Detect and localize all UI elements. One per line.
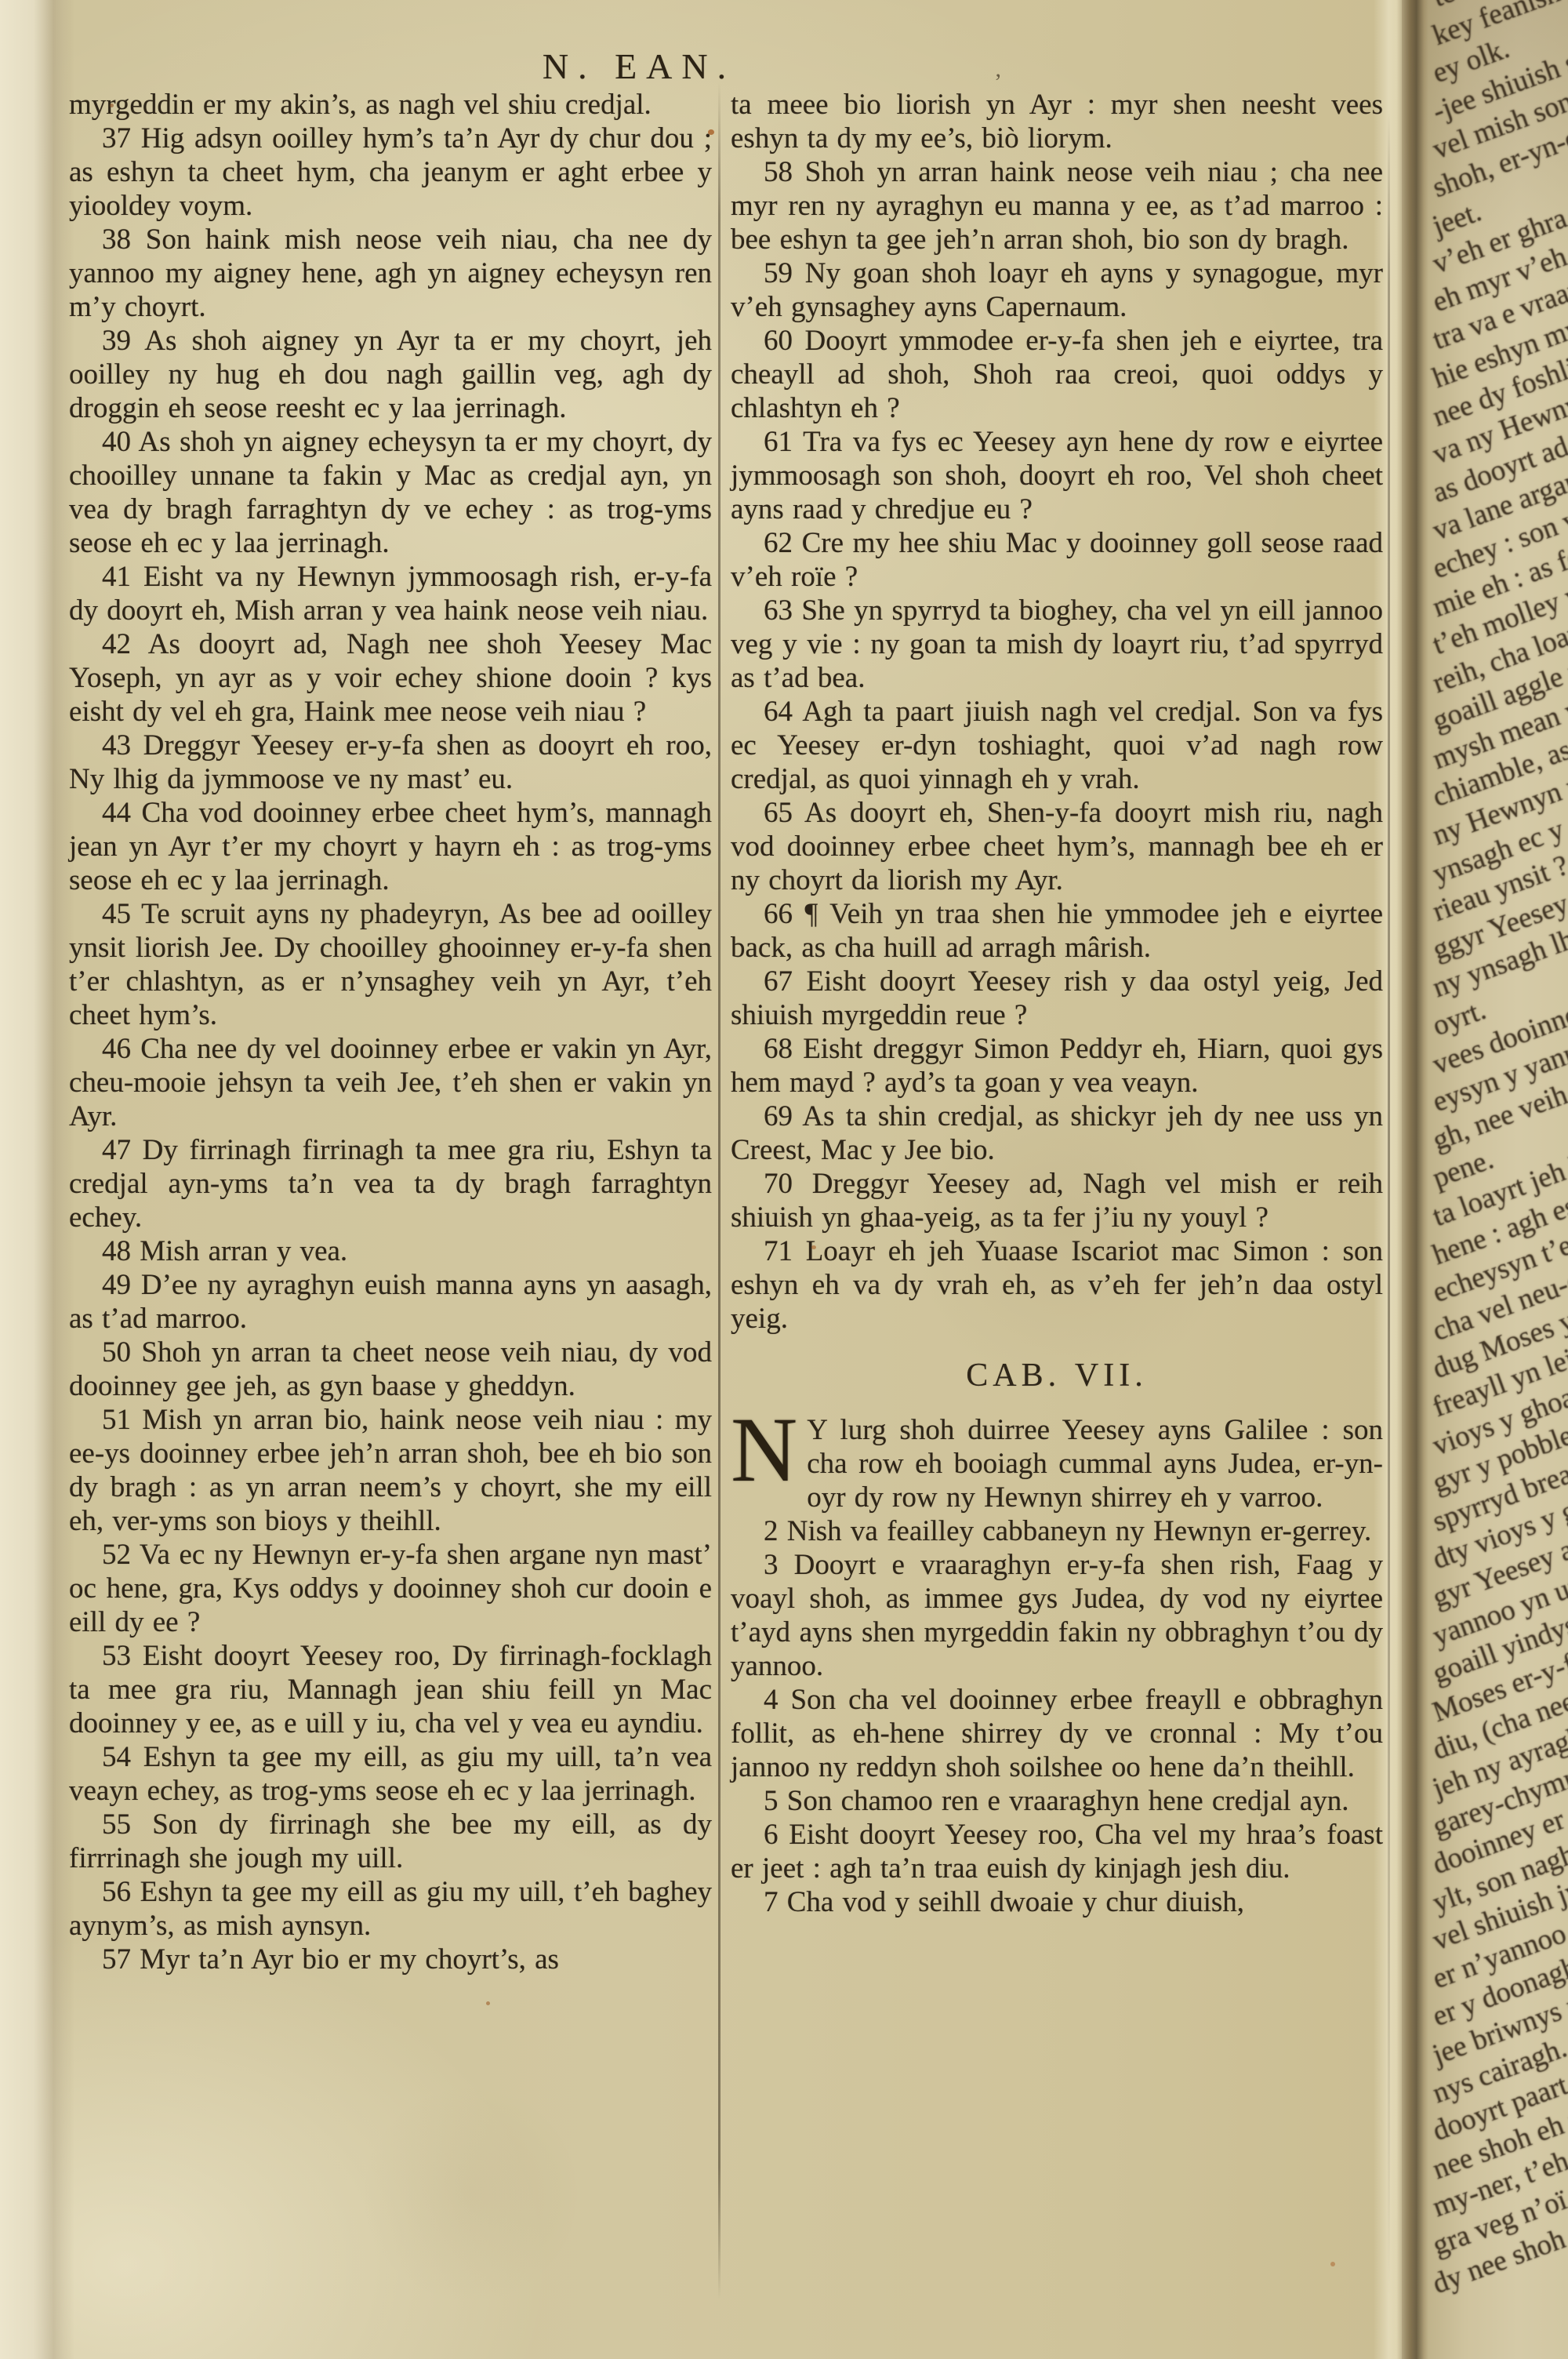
- verse-paragraph: 40 As shoh yn aigney echeysyn ta er my c…: [69, 425, 712, 560]
- left-column-verses: 37 Hig adsyn ooilley hym’s ta’n Ayr dy c…: [69, 122, 712, 1976]
- verse-paragraph: 6 Eisht dooyrt Yeesey roo, Cha vel my hr…: [731, 1818, 1383, 1885]
- verse-paragraph: 45 Te scruit ayns ny phadeyryn, As bee a…: [69, 897, 712, 1032]
- verse-paragraph: 39 As shoh aigney yn Ayr ta er my choyrt…: [69, 324, 712, 425]
- verse-continuation: myrgeddin er my akin’s, as nagh vel shiu…: [69, 88, 712, 122]
- verse-paragraph: 55 Son dy firrinagh she bee my eill, as …: [69, 1808, 712, 1875]
- right-column-verses-ch7: 2 Nish va feailley cabbaneyn ny Hewnyn e…: [731, 1514, 1383, 1919]
- verse-paragraph: 37 Hig adsyn ooilley hym’s ta’n Ayr dy c…: [69, 122, 712, 223]
- verse-paragraph: 65 As dooyrt eh, Shen-y-fa dooyrt mish r…: [731, 796, 1383, 897]
- running-head: N. EAN.: [0, 45, 1278, 87]
- right-text-column: ta meee bio liorish yn Ayr : myr shen ne…: [731, 88, 1383, 1919]
- verse-paragraph: 68 Eisht dreggyr Simon Peddyr eh, Hiarn,…: [731, 1032, 1383, 1100]
- column-divider-rule: [718, 82, 720, 2299]
- verse-paragraph: 46 Cha nee dy vel dooinney erbee er vaki…: [69, 1032, 712, 1133]
- verse-paragraph: 52 Va ec ny Hewnyn er-y-fa shen argane n…: [69, 1538, 712, 1639]
- verse-paragraph: 42 As dooyrt ad, Nagh nee shoh Yeesey Ma…: [69, 627, 712, 729]
- foxing-speck: [1330, 2262, 1335, 2266]
- verse-paragraph: 61 Tra va fys ec Yeesey ayn hene dy row …: [731, 425, 1383, 526]
- verse-paragraph: 69 As ta shin credjal, as shickyr jeh dy…: [731, 1100, 1383, 1167]
- verse-paragraph: 64 Agh ta paart jiuish nagh vel credjal.…: [731, 695, 1383, 796]
- drop-cap-initial: N: [731, 1413, 807, 1482]
- verse-paragraph: 44 Cha vod dooinney erbee cheet hym’s, m…: [69, 796, 712, 897]
- verse-paragraph: 41 Eisht va ny Hewnyn jymmoosagh rish, e…: [69, 560, 712, 627]
- verse-paragraph: 71 Loayr eh jeh Yuaase Iscariot mac Simo…: [731, 1234, 1383, 1336]
- verse-paragraph: 70 Dreggyr Yeesey ad, Nagh vel mish er r…: [731, 1167, 1383, 1234]
- verse-paragraph: 51 Mish yn arran bio, haink neose veih n…: [69, 1403, 712, 1538]
- verse-paragraph: 5 Son chamoo ren e vraaraghyn hene credj…: [731, 1784, 1383, 1818]
- chapter-heading: CAB. VII.: [731, 1336, 1383, 1413]
- verse-paragraph: 59 Ny goan shoh loayr eh ayns y synagogu…: [731, 256, 1383, 324]
- book-page-scan: te cur dwkey feanish jeey olk.-jee shiui…: [0, 0, 1568, 2359]
- foxing-speck: [486, 2001, 490, 2005]
- verse-paragraph: 50 Shoh yn arran ta cheet neose veih nia…: [69, 1336, 712, 1403]
- verse-paragraph: 53 Eisht dooyrt Yeesey roo, Dy firrinagh…: [69, 1639, 712, 1740]
- verse-paragraph: 58 Shoh yn arran haink neose veih niau ;…: [731, 155, 1383, 256]
- adjacent-page-text: te cur dwkey feanish jeey olk.-jee shiui…: [1410, 0, 1568, 2359]
- verse-paragraph: 43 Dreggyr Yeesey er-y-fa shen as dooyrt…: [69, 729, 712, 796]
- right-margin-rule: [1388, 110, 1390, 2298]
- verse-paragraph: 57 Myr ta’n Ayr bio er my choyrt’s, as: [69, 1943, 712, 1976]
- verse-paragraph: 62 Cre my hee shiu Mac y dooinney goll s…: [731, 526, 1383, 594]
- page-left-edge: [0, 0, 74, 2359]
- right-column-verses-ch6: 58 Shoh yn arran haink neose veih niau ;…: [731, 155, 1383, 1336]
- verse-paragraph: 4 Son cha vel dooinney erbee freayll e o…: [731, 1683, 1383, 1784]
- verse-paragraph: 56 Eshyn ta gee my eill as giu my uill, …: [69, 1875, 712, 1943]
- verse-paragraph: 60 Dooyrt ymmodee er-y-fa shen jeh e eiy…: [731, 324, 1383, 425]
- chapter-first-text: Y lurg shoh duirree Yeesey ayns Galilee …: [807, 1414, 1383, 1514]
- verse-continuation: ta meee bio liorish yn Ayr : myr shen ne…: [731, 88, 1383, 155]
- verse-paragraph: 2 Nish va feailley cabbaneyn ny Hewnyn e…: [731, 1514, 1383, 1548]
- verse-paragraph: 38 Son haink mish neose veih niau, cha n…: [69, 223, 712, 324]
- left-text-column: myrgeddin er my akin’s, as nagh vel shiu…: [69, 88, 712, 1976]
- verse-paragraph: 7 Cha vod y seihll dwoaie y chur diuish,: [731, 1885, 1383, 1919]
- verse-paragraph: 66 ¶ Veih yn traa shen hie ymmodee jeh e…: [731, 897, 1383, 965]
- verse-paragraph: 49 D’ee ny ayraghyn euish manna ayns yn …: [69, 1268, 712, 1336]
- verse-paragraph: 67 Eisht dooyrt Yeesey rish y daa ostyl …: [731, 965, 1383, 1032]
- verse-paragraph: 54 Eshyn ta gee my eill, as giu my uill,…: [69, 1740, 712, 1808]
- verse-paragraph: 63 She yn spyrryd ta bioghey, cha vel yn…: [731, 594, 1383, 695]
- verse-paragraph: 48 Mish arran y vea.: [69, 1234, 712, 1268]
- chapter-first-paragraph: NY lurg shoh duirree Yeesey ayns Galilee…: [731, 1413, 1383, 1514]
- verse-paragraph: 3 Dooyrt e vraaraghyn er-y-fa shen rish,…: [731, 1548, 1383, 1683]
- verse-paragraph: 47 Dy firrinagh firrinagh ta mee gra riu…: [69, 1133, 712, 1234]
